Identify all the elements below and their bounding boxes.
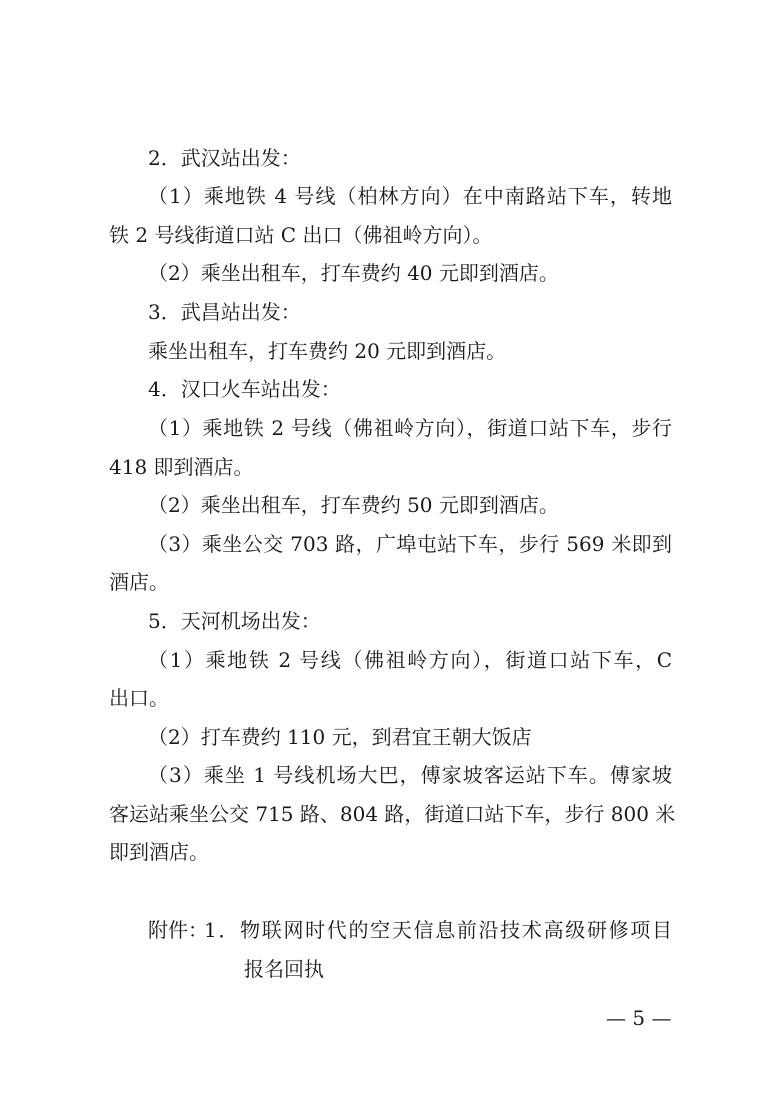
page-number: — 5 — bbox=[606, 1006, 671, 1030]
paragraph-line: 客运站乘坐公交 715 路、804 路，街道口站下车，步行 800 米 bbox=[109, 802, 672, 826]
paragraph-line: 铁 2 号线街道口站 C 出口（佛祖岭方向）。 bbox=[109, 223, 492, 247]
paragraph-line: 出口。 bbox=[109, 686, 169, 710]
paragraph-line: （1）乘地铁 2 号线（佛祖岭方向），街道口站下车，C bbox=[148, 648, 672, 672]
paragraph-line: （2）打车费约 110 元，到君宜王朝大饭店 bbox=[148, 725, 532, 749]
section-heading: 2．武汉站出发： bbox=[148, 146, 301, 170]
paragraph-line: （1）乘地铁 2 号线（佛祖岭方向），街道口站下车，步行 bbox=[148, 416, 672, 440]
paragraph-line: （3）乘坐 1 号线机场大巴，傅家坡客运站下车。傅家坡 bbox=[148, 763, 672, 787]
paragraph-line: （2）乘坐出租车，打车费约 50 元即到酒店。 bbox=[148, 493, 559, 517]
attachment-item-continued: 报名回执 bbox=[244, 957, 324, 981]
paragraph-line: （3）乘坐公交 703 路，广埠屯站下车，步行 569 米即到 bbox=[148, 532, 672, 556]
paragraph-line: 酒店。 bbox=[109, 570, 169, 594]
paragraph-line: （1）乘地铁 4 号线（柏林方向）在中南路站下车，转地 bbox=[148, 184, 672, 208]
paragraph-line: 即到酒店。 bbox=[109, 840, 209, 864]
paragraph-line: 乘坐出租车，打车费约 20 元即到酒店。 bbox=[148, 339, 506, 363]
section-heading: 3．武昌站出发： bbox=[148, 300, 301, 324]
attachment-item: 1．物联网时代的空天信息前沿技术高级研修项目 bbox=[204, 918, 672, 942]
section-heading: 4．汉口火车站出发： bbox=[148, 377, 341, 401]
section-heading: 5．天河机场出发： bbox=[148, 609, 321, 633]
paragraph-line: 418 即到酒店。 bbox=[109, 455, 254, 479]
paragraph-line: （2）乘坐出租车，打车费约 40 元即到酒店。 bbox=[148, 261, 559, 285]
attachment-label: 附件： bbox=[148, 918, 208, 942]
